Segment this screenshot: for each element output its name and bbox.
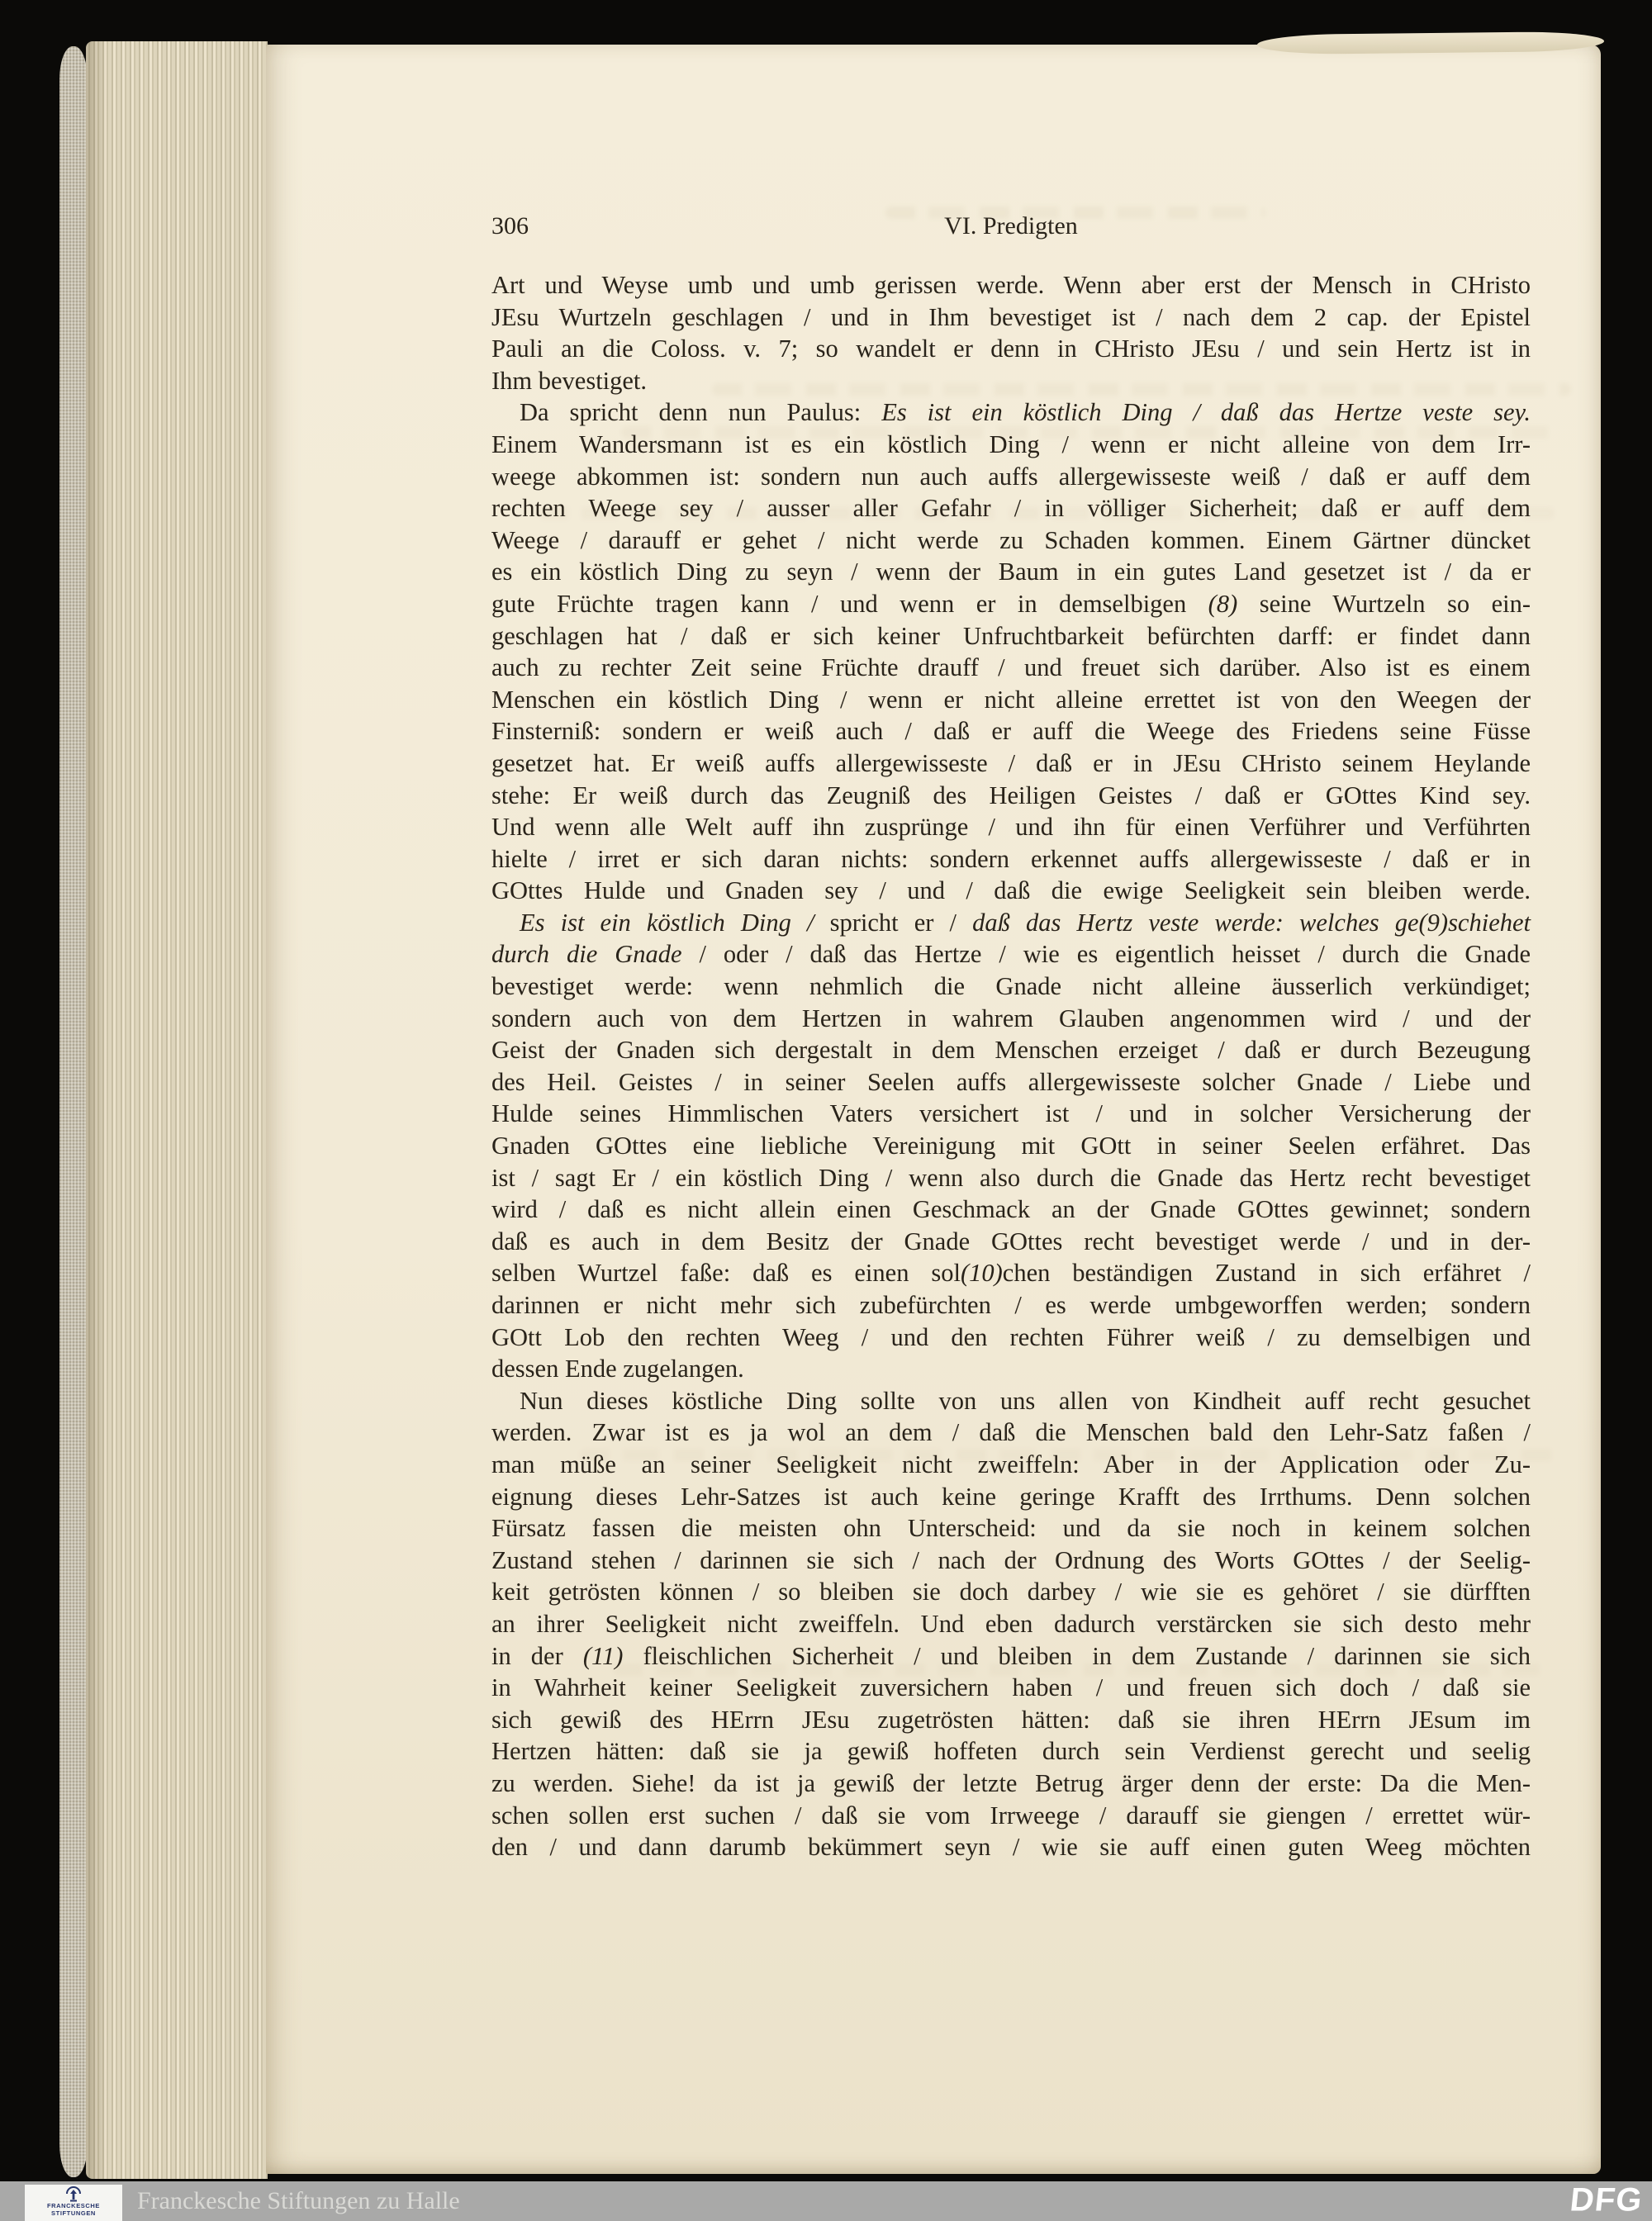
- page-header: 306 VI. Predigten: [491, 212, 1531, 245]
- text-line: Einem Wandersmann ist es ein köstlich Di…: [491, 429, 1531, 461]
- text-line: an ihrer Seeligkeit nicht zweiffeln. Und…: [491, 1608, 1531, 1640]
- text-line: schen sollen erst suchen / daß sie vom I…: [491, 1800, 1531, 1832]
- text-line: werden. Zwar ist es ja wol an dem / daß …: [491, 1417, 1531, 1449]
- text-line: Hertzen hätten: daß sie ja gewiß hoffete…: [491, 1735, 1531, 1768]
- text-line: Hulde seines Himmlischen Vaters versiche…: [491, 1098, 1531, 1130]
- text-line: eignung dieses Lehr-Satzes ist auch kein…: [491, 1481, 1531, 1513]
- page-curl: [1257, 31, 1604, 55]
- text-line: Geist der Gnaden sich dergestalt in dem …: [491, 1034, 1531, 1066]
- text-line: zu werden. Siehe! da ist ja gewiß der le…: [491, 1768, 1531, 1800]
- page-body: Art und Weyse umb und umb gerissen werde…: [491, 269, 1531, 1863]
- text-line: Finsterniß: sondern er weiß auch / daß e…: [491, 715, 1531, 747]
- text-line: weege abkommen ist: sondern nun auch auf…: [491, 461, 1531, 493]
- institution-name: Franckesche Stiftungen zu Halle: [137, 2187, 460, 2215]
- text-line: durch die Gnade / oder / daß das Hertze …: [491, 938, 1531, 971]
- text-line: auch zu rechter Zeit seine Früchte drauf…: [491, 652, 1531, 684]
- text-line: man müße an seiner Seeligkeit nicht zwei…: [491, 1449, 1531, 1481]
- text-line: selben Wurtzel faße: daß es einen sol(10…: [491, 1257, 1531, 1289]
- text-line: rechten Weege sey / ausser aller Gefahr …: [491, 492, 1531, 524]
- text-line: Nun dieses köstliche Ding sollte von uns…: [491, 1385, 1531, 1417]
- text-line: daß es auch in dem Besitz der Gnade GOtt…: [491, 1226, 1531, 1258]
- logo-caption-line2: STIFTUNGEN: [51, 2210, 96, 2218]
- text-line: Fürsatz fassen die meisten ohn Untersche…: [491, 1512, 1531, 1545]
- text-line: Ihm bevestiget.: [491, 365, 1531, 397]
- scanned-book-page-viewer: 306 VI. Predigten Art und Weyse umb und …: [0, 0, 1652, 2221]
- text-line: in der (11) fleischlichen Sicherheit / u…: [491, 1640, 1531, 1673]
- text-line: stehe: Er weiß durch das Zeugniß des Hei…: [491, 780, 1531, 812]
- footer-bar: FRANCKESCHE STIFTUNGEN Franckesche Stift…: [0, 2181, 1652, 2221]
- text-line: sondern auch von dem Hertzen in wahrem G…: [491, 1003, 1531, 1035]
- text-line: JEsu Wurtzeln geschlagen / und in Ihm be…: [491, 301, 1531, 334]
- text-line: geschlagen hat / daß er sich keiner Unfr…: [491, 620, 1531, 653]
- text-line: keit getrösten können / so bleiben sie d…: [491, 1576, 1531, 1608]
- text-line: darinnen er nicht mehr sich zubefürchten…: [491, 1289, 1531, 1322]
- text-line: Und wenn alle Welt auff ihn zusprünge / …: [491, 811, 1531, 843]
- book-cover-edge: [59, 46, 88, 2177]
- text-line: es ein köstlich Ding zu seyn / wenn der …: [491, 556, 1531, 588]
- text-line: Pauli an die Coloss. v. 7; so wandelt er…: [491, 333, 1531, 365]
- text-line: ist / sagt Er / ein köstlich Ding / wenn…: [491, 1162, 1531, 1194]
- book-page: 306 VI. Predigten Art und Weyse umb und …: [266, 45, 1601, 2174]
- text-line: bevestiget werde: wenn nehmlich die Gnad…: [491, 971, 1531, 1003]
- text-line: Es ist ein köstlich Ding / spricht er / …: [491, 907, 1531, 939]
- running-title: VI. Predigten: [491, 212, 1531, 240]
- text-line: Da spricht denn nun Paulus: Es ist ein k…: [491, 396, 1531, 429]
- franckesche-logo-icon: [64, 2186, 83, 2203]
- book-page-edges: [86, 41, 268, 2179]
- text-line: GOttes Hulde und Gnaden sey / und / daß …: [491, 875, 1531, 907]
- text-line: Weege / darauff er gehet / nicht werde z…: [491, 524, 1531, 557]
- dfg-logo: DFG: [1568, 2182, 1644, 2219]
- text-line: den / und dann darumb bekümmert seyn / w…: [491, 1831, 1531, 1863]
- text-line: Gnaden GOttes eine liebliche Vereinigung…: [491, 1130, 1531, 1162]
- text-line: Zustand stehen / darinnen sie sich / nac…: [491, 1545, 1531, 1577]
- text-line: des Heil. Geistes / in seiner Seelen auf…: [491, 1066, 1531, 1099]
- text-line: in Wahrheit keiner Seeligkeit zuversiche…: [491, 1672, 1531, 1704]
- text-line: Menschen ein köstlich Ding / wenn er nic…: [491, 684, 1531, 716]
- text-line: gesetzet hat. Er weiß auffs allergewisse…: [491, 747, 1531, 780]
- text-line: dessen Ende zugelangen.: [491, 1353, 1531, 1385]
- text-line: Art und Weyse umb und umb gerissen werde…: [491, 269, 1531, 301]
- text-line: sich gewiß des HErrn JEsu zugetrösten hä…: [491, 1704, 1531, 1736]
- franckesche-logo: FRANCKESCHE STIFTUNGEN: [25, 2185, 122, 2221]
- text-line: wird / daß es nicht allein einen Geschma…: [491, 1194, 1531, 1226]
- text-line: hielte / irret er sich daran nichts: son…: [491, 843, 1531, 876]
- text-line: gute Früchte tragen kann / und wenn er i…: [491, 588, 1531, 620]
- text-line: GOtt Lob den rechten Weeg / und den rech…: [491, 1322, 1531, 1354]
